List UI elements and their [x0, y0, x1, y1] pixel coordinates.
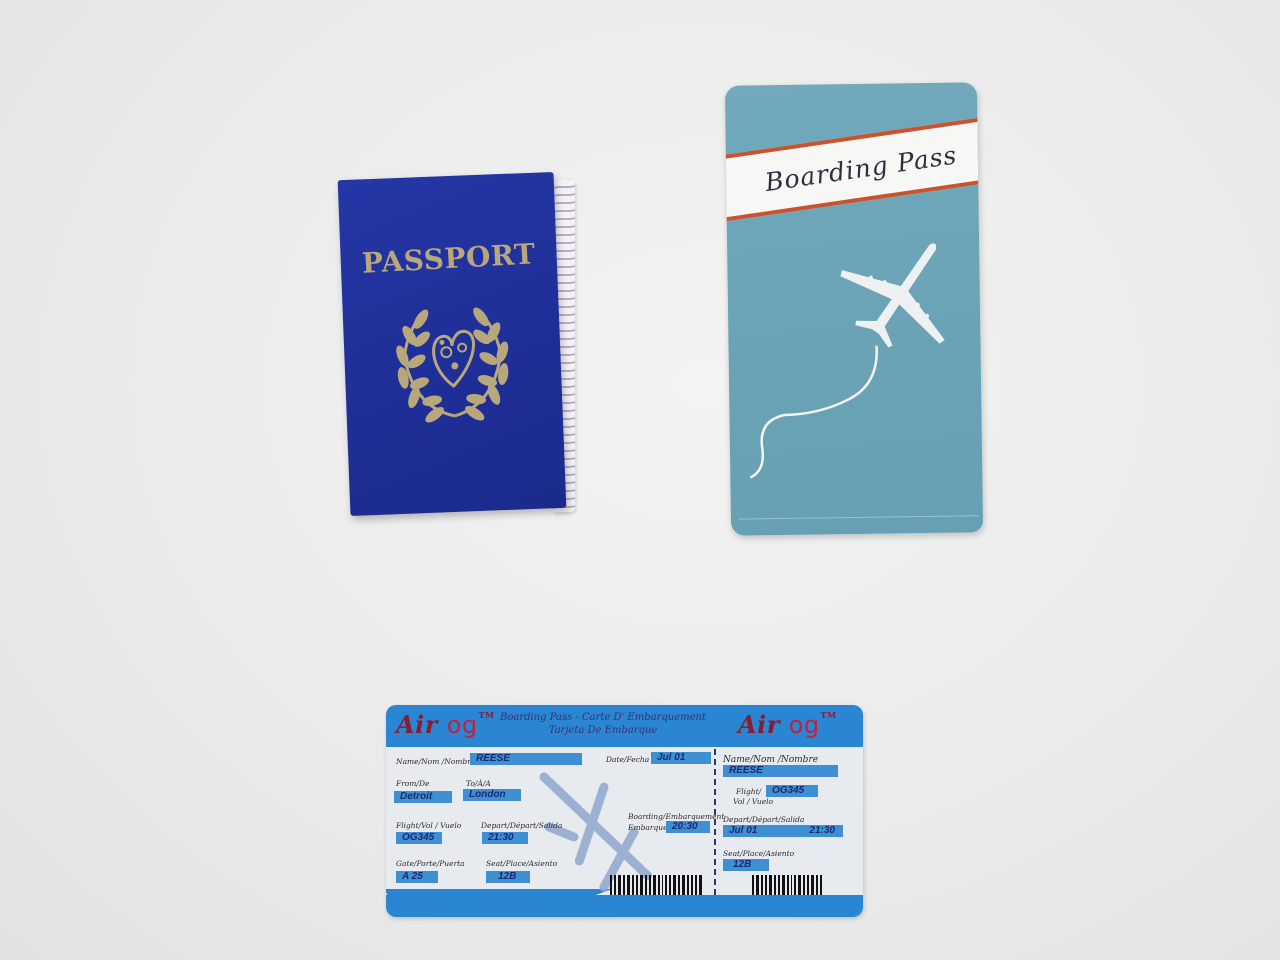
stub-flight-label-2: Vol / Vuelo	[733, 797, 773, 806]
brand-name: Air	[738, 710, 780, 739]
passport-cover: PASSPORT	[338, 172, 567, 516]
brand-tm: TM	[479, 710, 495, 720]
passport-title: PASSPORT	[340, 236, 558, 281]
boarding-ticket: Air ogTM Boarding Pass - Carte D' Embarq…	[386, 705, 863, 917]
stub-name-label: Name/Nom /Nombre	[723, 755, 818, 765]
to-value: London	[463, 789, 521, 801]
seat-value: 12B	[486, 871, 530, 883]
barcode-stub	[752, 875, 824, 895]
date-value: Jul 01	[651, 752, 711, 764]
passport: PASSPORT	[338, 172, 588, 517]
boarding-pass-wallet: Boarding Pass	[725, 82, 983, 535]
ticket-footer-band	[386, 895, 863, 917]
gate-label: Gate/Porte/Puerta	[396, 859, 465, 868]
brand-tm: TM	[821, 710, 837, 720]
barcode-main	[610, 875, 704, 895]
flight-value: OG345	[396, 832, 442, 844]
header-line-1: Boarding Pass - Carte D' Embarquement	[498, 711, 708, 724]
brand-mark: og	[447, 711, 478, 739]
stub-depart-label: Depart/Départ/Salida	[723, 815, 804, 824]
airline-logo-stub: Air ogTM	[738, 710, 836, 739]
brand-mark: og	[789, 711, 820, 739]
header-line-2: Tarjeta De Embarque	[498, 724, 708, 737]
airplane-icon	[725, 82, 983, 535]
airline-logo: Air ogTM	[396, 710, 494, 739]
gate-value: A 25	[396, 871, 438, 883]
stub-flight-label: Flight/	[736, 787, 761, 796]
laurel-wreath-icon	[380, 293, 525, 428]
brand-name: Air	[396, 710, 438, 739]
depart-label: Depart/Départ/Salida	[481, 821, 562, 830]
stub-seat-value: 12B	[723, 859, 769, 871]
from-value: Detroit	[394, 791, 452, 803]
flight-label: Flight/Vol / Vuelo	[396, 821, 461, 830]
stub-name-value: REESE	[723, 765, 838, 777]
to-label: To/À/A	[466, 779, 491, 788]
stub-flight-value: OG345	[766, 785, 818, 797]
name-label: Name/Nom /Nombre	[396, 757, 475, 766]
seat-label: Seat/Place/Asiento	[486, 859, 557, 868]
perforation-line	[714, 749, 716, 895]
name-value: REESE	[470, 753, 582, 765]
stub-depart-time: 21:30	[809, 825, 835, 837]
boarding-value: 20:30	[666, 821, 710, 833]
from-label: From/De	[396, 779, 429, 788]
depart-value: 21:30	[482, 832, 528, 844]
stub-seat-label: Seat/Place/Asiento	[723, 849, 794, 858]
stub-depart-value: Jul 01 21:30	[723, 825, 843, 837]
ticket-header-title: Boarding Pass - Carte D' Embarquement Ta…	[498, 711, 708, 737]
stub-depart-date: Jul 01	[729, 825, 757, 836]
date-label: Date/Fecha	[606, 755, 649, 764]
boarding-label-2: Embarque	[628, 823, 668, 832]
boarding-label: Boarding/Embarquement	[628, 812, 724, 821]
